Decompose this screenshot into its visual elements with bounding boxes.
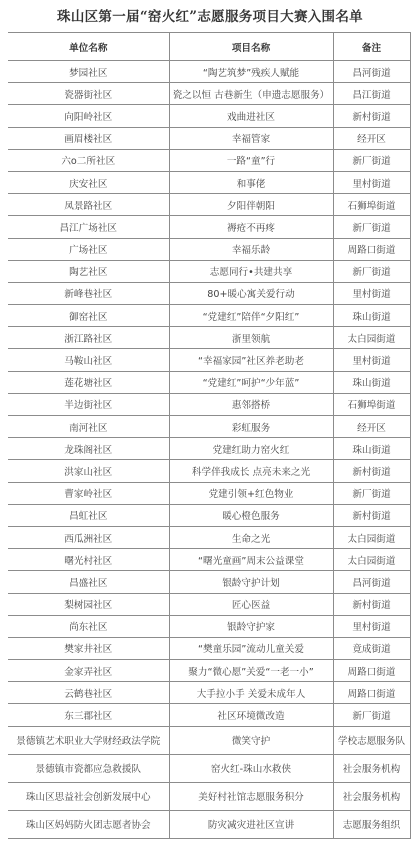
cell-project-name: 银龄守护计划 [169, 571, 333, 593]
table-row: 画眉楼社区幸福管家经开区 [8, 127, 410, 149]
cell-remark: 竟成街道 [333, 637, 410, 659]
cell-project-name: 暖心橙色服务 [169, 504, 333, 526]
table-row: 昌江广场社区褥疮不再疼新厂街道 [8, 216, 410, 238]
cell-project-name: 幸福乐龄 [169, 238, 333, 260]
table-row: 昌虹社区暖心橙色服务新村街道 [8, 504, 410, 526]
table-row: 陶艺社区志愿同行•共建共享新厂街道 [8, 260, 410, 282]
cell-unit-name: 景德镇艺术职业大学财经政法学院 [8, 726, 169, 754]
header-remark: 备注 [333, 33, 410, 61]
cell-remark: 志愿服务组织 [333, 810, 410, 838]
cell-unit-name: 梨树园社区 [8, 593, 169, 615]
cell-remark: 太白园街道 [333, 549, 410, 571]
table-row: 御窑社区“党建红”陪伴“夕阳红”珠山街道 [8, 305, 410, 327]
cell-unit-name: 南河社区 [8, 416, 169, 438]
cell-remark: 新厂街道 [333, 704, 410, 726]
table-row: 六o二所社区一路“童”行新厂街道 [8, 149, 410, 171]
cell-unit-name: 马鞍山社区 [8, 349, 169, 371]
cell-unit-name: 梦园社区 [8, 61, 169, 83]
cell-remark: 新厂街道 [333, 149, 410, 171]
cell-unit-name: 东三郡社区 [8, 704, 169, 726]
cell-unit-name: 凤景路社区 [8, 194, 169, 216]
cell-remark: 昌河街道 [333, 61, 410, 83]
cell-project-name: 彩虹服务 [169, 416, 333, 438]
cell-remark: 珠山街道 [333, 371, 410, 393]
cell-unit-name: 珠山区妈妈防火团志愿者协会 [8, 810, 169, 838]
cell-unit-name: 半边街社区 [8, 393, 169, 415]
cell-unit-name: 广场社区 [8, 238, 169, 260]
cell-remark: 珠山街道 [333, 305, 410, 327]
cell-project-name: “党建红”呵护“少年蓝” [169, 371, 333, 393]
cell-unit-name: 昌江广场社区 [8, 216, 169, 238]
cell-remark: 新厂街道 [333, 260, 410, 282]
table-row: 半边街社区惠邻搭桥石狮埠街道 [8, 393, 410, 415]
cell-remark: 新村街道 [333, 504, 410, 526]
cell-unit-name: 昌盛社区 [8, 571, 169, 593]
cell-remark: 新村街道 [333, 460, 410, 482]
cell-unit-name: 御窑社区 [8, 305, 169, 327]
table-row: 庆安社区和事佬里村街道 [8, 171, 410, 193]
table-row: 景德镇市瓷都应急救援队窑火红-珠山水救侠社会服务机构 [8, 754, 410, 782]
cell-unit-name: 陶艺社区 [8, 260, 169, 282]
cell-unit-name: 金家弄社区 [8, 660, 169, 682]
cell-project-name: 夕阳伴朝阳 [169, 194, 333, 216]
cell-remark: 里村街道 [333, 282, 410, 304]
table-row: 金家弄社区聚力“微心愿”关爱“一老一小”周路口街道 [8, 660, 410, 682]
cell-remark: 新村街道 [333, 593, 410, 615]
cell-remark: 经开区 [333, 127, 410, 149]
cell-project-name: 戏曲进社区 [169, 105, 333, 127]
cell-remark: 石狮埠街道 [333, 194, 410, 216]
table-row: 马鞍山社区“幸福家园”社区养老助老里村街道 [8, 349, 410, 371]
table-row: 曹家岭社区党建引领+红色物业新厂街道 [8, 482, 410, 504]
cell-unit-name: 六o二所社区 [8, 149, 169, 171]
cell-remark: 周路口街道 [333, 238, 410, 260]
table-row: 新峰巷社区80+暖心寓关爱行动里村街道 [8, 282, 410, 304]
table-row: 向阳岭社区戏曲进社区新村街道 [8, 105, 410, 127]
cell-project-name: 社区环境微改造 [169, 704, 333, 726]
table-row: 珠山区思益社会创新发展中心美好村社馆志愿服务积分社会服务机构 [8, 782, 410, 810]
cell-unit-name: 樊家井社区 [8, 637, 169, 659]
finalist-table: 单位名称 项目名称 备注 梦园社区“陶艺筑梦”残疾人赋能昌河街道瓷器街社区瓷之以… [8, 32, 411, 839]
cell-unit-name: 浙江路社区 [8, 327, 169, 349]
cell-unit-name: 瓷器街社区 [8, 83, 169, 105]
table-row: 莲花塘社区“党建红”呵护“少年蓝”珠山街道 [8, 371, 410, 393]
table-row: 瓷器街社区瓷之以恒 古巷新生（申遗志愿服务）昌江街道 [8, 83, 410, 105]
cell-unit-name: 新峰巷社区 [8, 282, 169, 304]
cell-remark: 昌河街道 [333, 571, 410, 593]
cell-unit-name: 西瓜洲社区 [8, 526, 169, 548]
cell-project-name: 和事佬 [169, 171, 333, 193]
cell-project-name: 幸福管家 [169, 127, 333, 149]
header-project-name: 项目名称 [169, 33, 333, 61]
cell-unit-name: 珠山区思益社会创新发展中心 [8, 782, 169, 810]
cell-remark: 周路口街道 [333, 682, 410, 704]
cell-unit-name: 向阳岭社区 [8, 105, 169, 127]
table-row: 浙江路社区浙里领航太白园街道 [8, 327, 410, 349]
table-row: 凤景路社区夕阳伴朝阳石狮埠街道 [8, 194, 410, 216]
cell-remark: 社会服务机构 [333, 782, 410, 810]
cell-unit-name: 庆安社区 [8, 171, 169, 193]
table-row: 曙光村社区“曙光童画”周末公益课堂太白园街道 [8, 549, 410, 571]
cell-project-name: 80+暖心寓关爱行动 [169, 282, 333, 304]
cell-project-name: 党建红助力窑火红 [169, 438, 333, 460]
cell-remark: 经开区 [333, 416, 410, 438]
page-title: 珠山区第一届“窑火红”志愿服务项目大赛入围名单 [0, 5, 420, 25]
table-row: 樊家井社区“樊童乐园”流动儿童关爱竟成街道 [8, 637, 410, 659]
table-row: 东三郡社区社区环境微改造新厂街道 [8, 704, 410, 726]
table-row: 梨树园社区匠心医益新村街道 [8, 593, 410, 615]
cell-unit-name: 尚东社区 [8, 615, 169, 637]
table-row: 云鹤巷社区大手拉小手 关爱未成年人周路口街道 [8, 682, 410, 704]
cell-remark: 里村街道 [333, 615, 410, 637]
cell-project-name: 生命之光 [169, 526, 333, 548]
table-row: 洪家山社区科学伴我成长 点亮未来之光新村街道 [8, 460, 410, 482]
cell-project-name: 志愿同行•共建共享 [169, 260, 333, 282]
cell-remark: 新厂街道 [333, 216, 410, 238]
cell-remark: 学校志愿服务队 [333, 726, 410, 754]
table-body: 梦园社区“陶艺筑梦”残疾人赋能昌河街道瓷器街社区瓷之以恒 古巷新生（申遗志愿服务… [8, 61, 410, 839]
cell-project-name: “曙光童画”周末公益课堂 [169, 549, 333, 571]
cell-project-name: 窑火红-珠山水救侠 [169, 754, 333, 782]
cell-unit-name: 曙光村社区 [8, 549, 169, 571]
cell-unit-name: 景德镇市瓷都应急救援队 [8, 754, 169, 782]
cell-project-name: 惠邻搭桥 [169, 393, 333, 415]
cell-project-name: 褥疮不再疼 [169, 216, 333, 238]
table-row: 南河社区彩虹服务经开区 [8, 416, 410, 438]
cell-unit-name: 洪家山社区 [8, 460, 169, 482]
table-row: 龙珠阁社区党建红助力窑火红珠山街道 [8, 438, 410, 460]
cell-remark: 里村街道 [333, 171, 410, 193]
cell-remark: 新村街道 [333, 105, 410, 127]
cell-unit-name: 昌虹社区 [8, 504, 169, 526]
cell-project-name: “樊童乐园”流动儿童关爱 [169, 637, 333, 659]
cell-project-name: 匠心医益 [169, 593, 333, 615]
table-row: 珠山区妈妈防火团志愿者协会防灾减灾进社区宣讲志愿服务组织 [8, 810, 410, 838]
cell-project-name: 瓷之以恒 古巷新生（申遗志愿服务） [169, 83, 333, 105]
table-row: 景德镇艺术职业大学财经政法学院微笑守护学校志愿服务队 [8, 726, 410, 754]
table-row: 西瓜洲社区生命之光太白园街道 [8, 526, 410, 548]
cell-project-name: 党建引领+红色物业 [169, 482, 333, 504]
cell-remark: 石狮埠街道 [333, 393, 410, 415]
cell-project-name: 聚力“微心愿”关爱“一老一小” [169, 660, 333, 682]
cell-remark: 太白园街道 [333, 327, 410, 349]
header-unit-name: 单位名称 [8, 33, 169, 61]
cell-project-name: “党建红”陪伴“夕阳红” [169, 305, 333, 327]
cell-remark: 社会服务机构 [333, 754, 410, 782]
cell-unit-name: 曹家岭社区 [8, 482, 169, 504]
cell-unit-name: 云鹤巷社区 [8, 682, 169, 704]
cell-remark: 珠山街道 [333, 438, 410, 460]
cell-project-name: 防灾减灾进社区宣讲 [169, 810, 333, 838]
table-row: 广场社区幸福乐龄周路口街道 [8, 238, 410, 260]
cell-project-name: 科学伴我成长 点亮未来之光 [169, 460, 333, 482]
table-header-row: 单位名称 项目名称 备注 [8, 33, 410, 61]
cell-remark: 周路口街道 [333, 660, 410, 682]
cell-project-name: 大手拉小手 关爱未成年人 [169, 682, 333, 704]
cell-project-name: “幸福家园”社区养老助老 [169, 349, 333, 371]
cell-project-name: 美好村社馆志愿服务积分 [169, 782, 333, 810]
cell-remark: 新厂街道 [333, 482, 410, 504]
cell-project-name: 微笑守护 [169, 726, 333, 754]
cell-unit-name: 莲花塘社区 [8, 371, 169, 393]
cell-project-name: 一路“童”行 [169, 149, 333, 171]
table-row: 梦园社区“陶艺筑梦”残疾人赋能昌河街道 [8, 61, 410, 83]
cell-project-name: 银龄守护家 [169, 615, 333, 637]
cell-remark: 里村街道 [333, 349, 410, 371]
cell-remark: 昌江街道 [333, 83, 410, 105]
cell-unit-name: 龙珠阁社区 [8, 438, 169, 460]
table-row: 昌盛社区银龄守护计划昌河街道 [8, 571, 410, 593]
cell-project-name: “陶艺筑梦”残疾人赋能 [169, 61, 333, 83]
cell-remark: 太白园街道 [333, 526, 410, 548]
cell-project-name: 浙里领航 [169, 327, 333, 349]
cell-unit-name: 画眉楼社区 [8, 127, 169, 149]
table-row: 尚东社区银龄守护家里村街道 [8, 615, 410, 637]
